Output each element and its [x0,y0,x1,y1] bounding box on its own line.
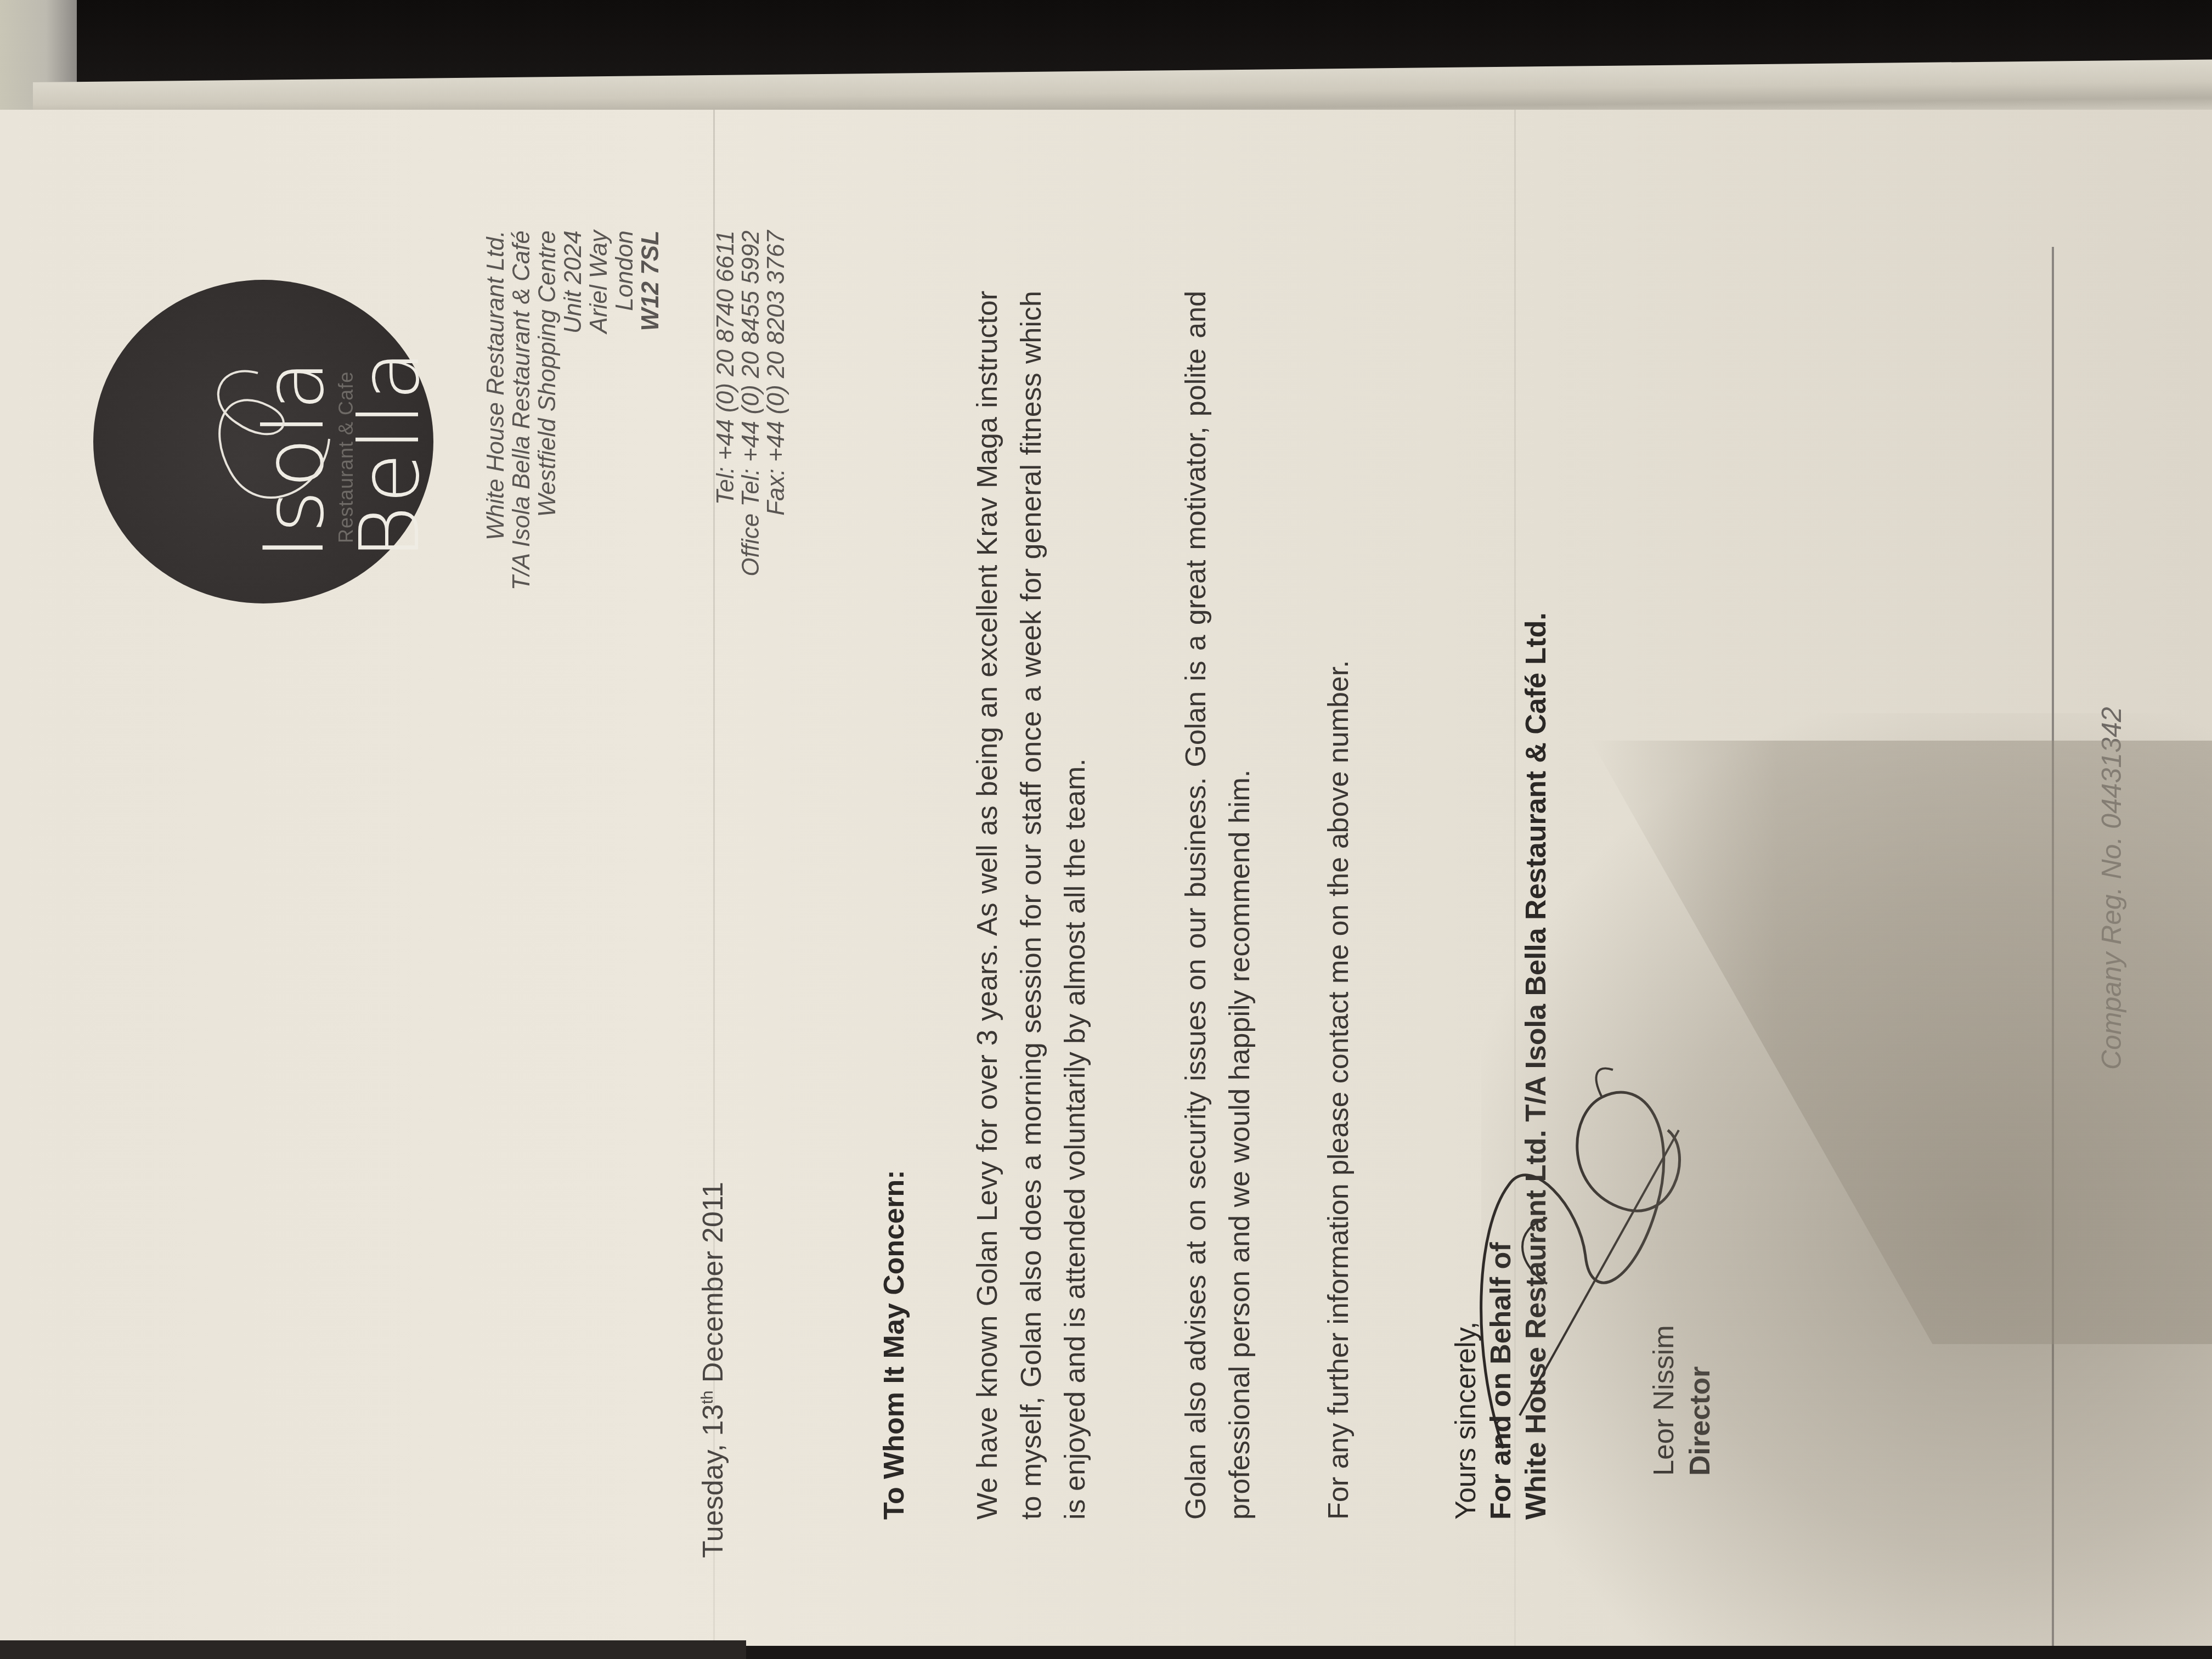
logo-swirl-icon [93,280,433,603]
address-line: Westfield Shopping Centre [534,230,560,713]
footer-divider [2052,247,2054,1646]
letter-content: Isola Bella Restaurant & Cafe White Hous… [33,55,2205,1646]
body-paragraph: Golan also advises at on security issues… [1174,291,1262,1520]
address-line: Unit 2024 [560,230,586,713]
salutation: To Whom It May Concern: [878,1170,911,1520]
date-day: Tuesday, 13 [697,1404,729,1558]
company-registration-number: Company Reg. No. 04431342 [2096,707,2128,1070]
tel-number: Tel: +44 (0) 20 8740 6611 [713,230,738,713]
office-tel-number: Office Tel: +44 (0) 20 8455 5992 [738,230,764,713]
signer-title: Director [1682,1325,1718,1476]
signer-name: Leor Nissim [1646,1325,1682,1476]
address-line: T/A Isola Bella Restaurant & Café [509,230,534,713]
address-line: London [612,230,637,713]
isola-bella-logo: Isola Bella Restaurant & Cafe [93,280,433,603]
address-line: Ariel Way [586,230,612,713]
address-line: White House Restaurant Ltd. [483,230,509,713]
company-address: White House Restaurant Ltd. T/A Isola Be… [483,230,663,713]
postcode: W12 7SL [637,230,663,713]
date-ordinal: th [698,1391,716,1404]
contact-numbers: Tel: +44 (0) 20 8740 6611 Office Tel: +4… [713,230,789,713]
date-month-year: December 2011 [697,1182,729,1391]
letter-date: Tuesday, 13th December 2011 [697,1182,730,1558]
fax-number: Fax: +44 (0) 20 8203 3767 [764,230,789,713]
signer-block: Leor Nissim Director [1646,1325,1718,1476]
body-paragraph: We have known Golan Levy for over 3 year… [966,291,1097,1520]
body-paragraph: For any further information please conta… [1317,291,1361,1520]
